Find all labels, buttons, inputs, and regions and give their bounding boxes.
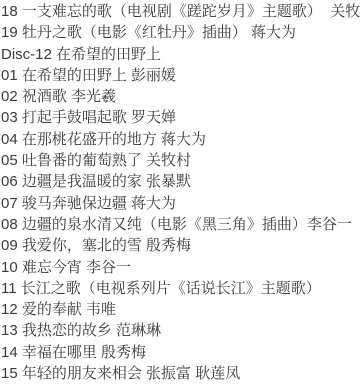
track-line: 07 骏马奔驰保边疆 蒋大为 [1,193,360,214]
track-line: 09 我爱你，塞北的雪 殷秀梅 [1,235,360,256]
track-line: 13 我热恋的故乡 范琳琳 [1,320,360,341]
disc-header-line: Disc-12 在希望的田野上 [1,44,360,65]
track-line: 05 吐鲁番的葡萄熟了 关牧村 [1,150,360,171]
track-line: 06 边疆是我温暖的家 张暴默 [1,171,360,192]
track-line: 10 难忘今宵 李谷一 [1,257,360,278]
track-line: 19 牡丹之歌（电影《红牡丹》插曲） 蒋大为 [1,22,360,43]
track-line: 11 长江之歌（电视系列片《话说长江》主题歌） [1,278,360,299]
track-line: 08 边疆的泉水清又纯（电影《黑三角》插曲）李谷一 [1,214,360,235]
track-line: 04 在那桃花盛开的地方 蒋大为 [1,129,360,150]
track-line: 18 一支难忘的歌（电视剧《蹉跎岁月》主题歌） 关牧村 [1,1,360,22]
track-line: 14 幸福在哪里 殷秀梅 [1,342,360,363]
track-line: 15 年轻的朋友来相会 张振富 耿莲凤 [1,363,360,384]
tracklist: 18 一支难忘的歌（电视剧《蹉跎岁月》主题歌） 关牧村 19 牡丹之歌（电影《红… [0,0,360,384]
track-line: 02 祝酒歌 李光羲 [1,86,360,107]
track-line: 03 打起手鼓唱起歌 罗天婵 [1,107,360,128]
track-line: 01 在希望的田野上 彭丽媛 [1,65,360,86]
track-line: 12 爱的奉献 韦唯 [1,299,360,320]
